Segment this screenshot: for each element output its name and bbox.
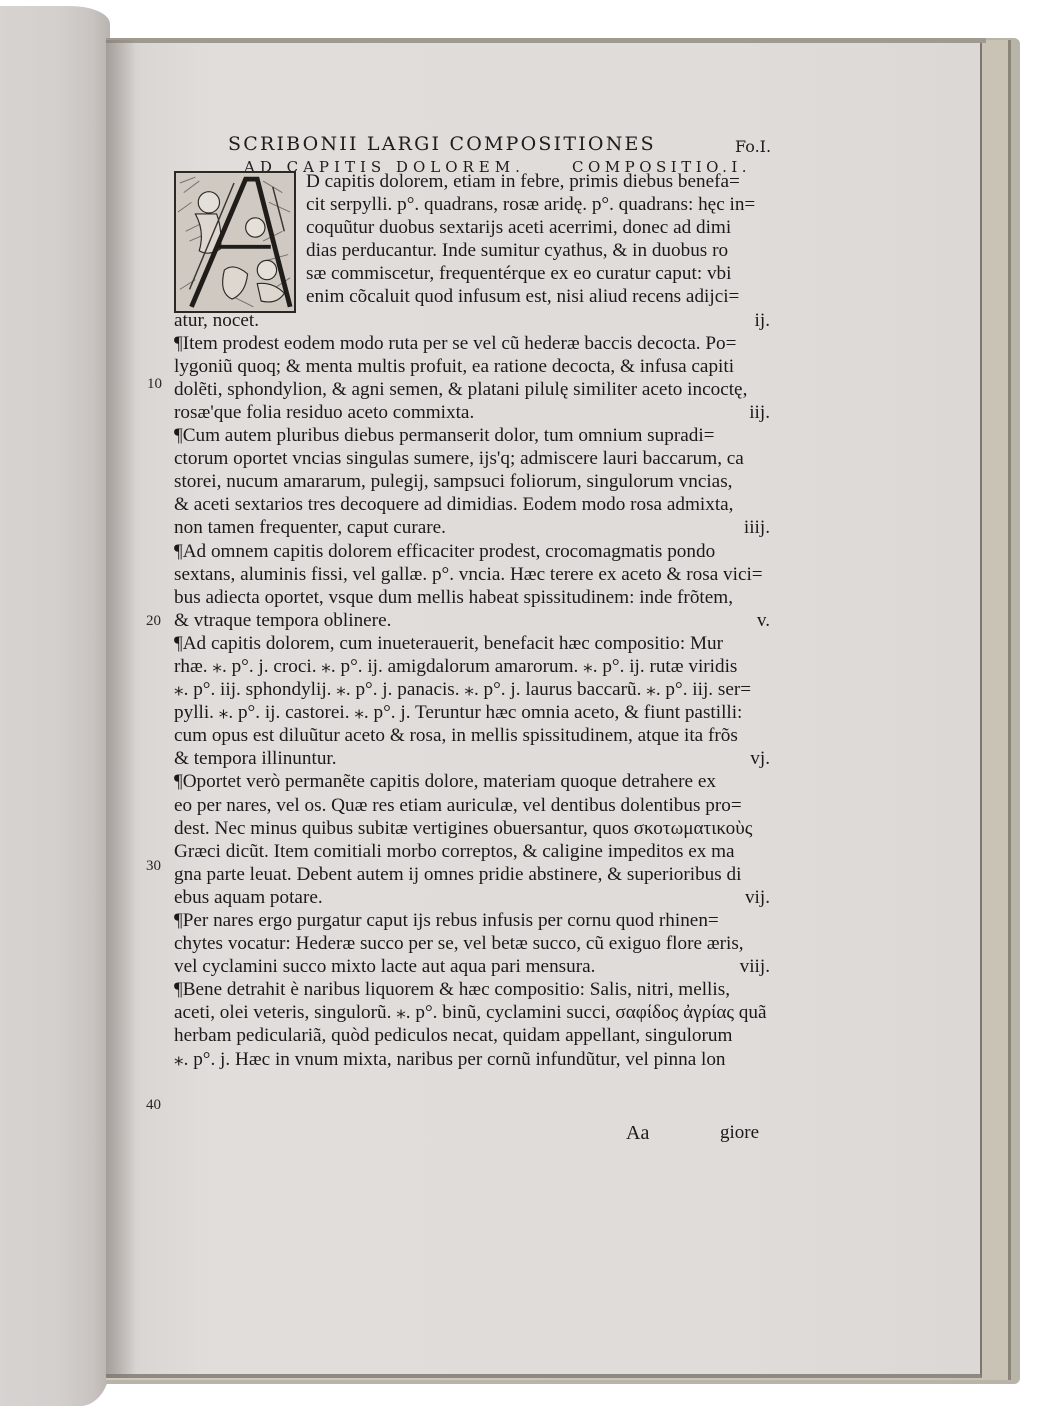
text-line: dolẽti, sphondylion, & agni semen, & pla… bbox=[174, 378, 770, 401]
line-text: ctorum oportet vncias singulas sumere, i… bbox=[174, 448, 744, 469]
text-line: atur, nocet.ij. bbox=[174, 309, 770, 332]
signature-mark: Aa bbox=[626, 1122, 649, 1145]
line-text: & aceti sextarios tres decoquere ad dimi… bbox=[174, 494, 733, 515]
text-line: pylli. ⁎. p°. ij. castorei. ⁎. p°. j. Te… bbox=[174, 701, 770, 724]
line-text: sextans, aluminis fissi, vel gallæ. p°. … bbox=[174, 564, 763, 585]
text-line: ¶Cum autem pluribus diebus permanserit d… bbox=[174, 424, 770, 447]
line-text: coquũtur duobus sextarijs aceti acerrimi… bbox=[306, 217, 731, 238]
text-line: ⁎. p°. iij. sphondylij. ⁎. p°. j. panaci… bbox=[174, 678, 770, 701]
composition-number: iij. bbox=[749, 401, 770, 424]
line-text: aceti, olei veteris, singulorũ. ⁎. p°. b… bbox=[174, 1002, 767, 1023]
line-text: ¶Cum autem pluribus diebus permanserit d… bbox=[174, 425, 714, 446]
text-line: sextans, aluminis fissi, vel gallæ. p°. … bbox=[174, 563, 770, 586]
line-text: dest. Nec minus quibus subitæ vertigines… bbox=[174, 818, 752, 839]
line-text: rosæ'que folia residuo aceto commixta. bbox=[174, 402, 474, 423]
text-line: cit serpylli. p°. quadrans, rosæ aridę. … bbox=[174, 193, 770, 216]
line-text: bus adiecta oportet, vsque dum mellis ha… bbox=[174, 587, 733, 608]
marginal-line-number: 40 bbox=[146, 1097, 161, 1114]
line-text: atur, nocet. bbox=[174, 310, 259, 331]
line-text: dolẽti, sphondylion, & agni semen, & pla… bbox=[174, 379, 747, 400]
line-text: ¶Per nares ergo purgatur caput ijs rebus… bbox=[174, 910, 719, 931]
line-text: pylli. ⁎. p°. ij. castorei. ⁎. p°. j. Te… bbox=[174, 702, 742, 723]
text-line: ¶Bene detrahit è naribus liquorem & hæc … bbox=[174, 978, 770, 1001]
text-line: vel cyclamini succo mixto lacte aut aqua… bbox=[174, 955, 770, 978]
line-text: cit serpylli. p°. quadrans, rosæ aridę. … bbox=[306, 194, 755, 215]
composition-number: iiij. bbox=[744, 516, 770, 539]
text-line: storei, nucum amararum, pulegij, sampsuc… bbox=[174, 470, 770, 493]
line-text: enim cõcaluit quod infusum est, nisi ali… bbox=[306, 286, 739, 307]
text-line: & tempora illinuntur.vj. bbox=[174, 747, 770, 770]
composition-number: ij. bbox=[755, 309, 770, 332]
text-line: enim cõcaluit quod infusum est, nisi ali… bbox=[174, 285, 770, 308]
line-text: gna parte leuat. Debent autem ij omnes p… bbox=[174, 864, 741, 885]
text-line: chytes vocatur: Hederæ succo per se, vel… bbox=[174, 932, 770, 955]
line-text: ¶Item prodest eodem modo ruta per se vel… bbox=[174, 333, 736, 354]
running-head: SCRIBONII LARGI COMPOSITIONES bbox=[228, 133, 788, 155]
text-line: rosæ'que folia residuo aceto commixta.ii… bbox=[174, 401, 770, 424]
text-line: aceti, olei veteris, singulorũ. ⁎. p°. b… bbox=[174, 1001, 770, 1024]
line-text: ⁎. p°. j. Hæc in vnum mixta, naribus per… bbox=[174, 1049, 726, 1070]
text-line: bus adiecta oportet, vsque dum mellis ha… bbox=[174, 586, 770, 609]
text-line: ¶Ad capitis dolorem, cum inueterauerit, … bbox=[174, 632, 770, 655]
text-line: cum opus est diluũtur aceto & rosa, in m… bbox=[174, 724, 770, 747]
text-line: rhæ. ⁎. p°. j. croci. ⁎. p°. ij. amigdal… bbox=[174, 655, 770, 678]
line-text: eo per nares, vel os. Quæ res etiam auri… bbox=[174, 795, 742, 816]
line-text: ¶Bene detrahit è naribus liquorem & hæc … bbox=[174, 979, 730, 1000]
text-line: dias perducantur. Inde sumitur cyathus, … bbox=[174, 239, 770, 262]
marginal-line-number: 30 bbox=[146, 858, 161, 875]
line-text: sæ commiscetur, frequentérque ex eo cura… bbox=[306, 263, 731, 284]
text-line: ¶Per nares ergo purgatur caput ijs rebus… bbox=[174, 909, 770, 932]
text-line: coquũtur duobus sextarijs aceti acerrimi… bbox=[174, 216, 770, 239]
text-line: non tamen frequenter, caput curare.iiij. bbox=[174, 516, 770, 539]
line-text: & tempora illinuntur. bbox=[174, 748, 337, 769]
text-line: gna parte leuat. Debent autem ij omnes p… bbox=[174, 863, 770, 886]
line-text: storei, nucum amararum, pulegij, sampsuc… bbox=[174, 471, 732, 492]
text-line: dest. Nec minus quibus subitæ vertigines… bbox=[174, 817, 770, 840]
marginal-line-number: 10 bbox=[147, 376, 162, 393]
composition-number: vj. bbox=[750, 747, 770, 770]
text-line: eo per nares, vel os. Quæ res etiam auri… bbox=[174, 794, 770, 817]
text-line: D capitis dolorem, etiam in febre, primi… bbox=[174, 170, 770, 193]
body-text: D capitis dolorem, etiam in febre, primi… bbox=[174, 170, 770, 1071]
line-text: ebus aquam potare. bbox=[174, 887, 323, 908]
line-text: lygoniũ quoq; & menta multis profuit, ea… bbox=[174, 356, 734, 377]
text-line: Græci dicũt. Item comitiali morbo correp… bbox=[174, 840, 770, 863]
left-page-curl bbox=[0, 6, 110, 1406]
text-line: sæ commiscetur, frequentérque ex eo cura… bbox=[174, 262, 770, 285]
line-text: ⁎. p°. iij. sphondylij. ⁎. p°. j. panaci… bbox=[174, 679, 751, 700]
text-line: ¶Ad omnem capitis dolorem efficaciter pr… bbox=[174, 540, 770, 563]
composition-number: viij. bbox=[740, 955, 770, 978]
line-text: cum opus est diluũtur aceto & rosa, in m… bbox=[174, 725, 738, 746]
marginal-line-number: 20 bbox=[146, 613, 161, 630]
text-line: herbam pediculariã, quòd pediculos necat… bbox=[174, 1024, 770, 1047]
text-line: ¶Item prodest eodem modo ruta per se vel… bbox=[174, 332, 770, 355]
line-text: ¶Ad omnem capitis dolorem efficaciter pr… bbox=[174, 541, 715, 562]
line-text: ¶Ad capitis dolorem, cum inueterauerit, … bbox=[174, 633, 723, 654]
line-text: chytes vocatur: Hederæ succo per se, vel… bbox=[174, 933, 744, 954]
line-text: rhæ. ⁎. p°. j. croci. ⁎. p°. ij. amigdal… bbox=[174, 656, 737, 677]
line-text: ¶Oportet verò permanẽte capitis dolore, … bbox=[174, 771, 716, 792]
text-line: ctorum oportet vncias singulas sumere, i… bbox=[174, 447, 770, 470]
line-text: D capitis dolorem, etiam in febre, primi… bbox=[306, 171, 740, 192]
composition-number: vij. bbox=[745, 886, 770, 909]
line-text: dias perducantur. Inde sumitur cyathus, … bbox=[306, 240, 728, 261]
page-top-edge bbox=[106, 38, 986, 43]
composition-number: v. bbox=[757, 609, 770, 632]
text-line: ebus aquam potare.vij. bbox=[174, 886, 770, 909]
line-text: Græci dicũt. Item comitiali morbo correp… bbox=[174, 841, 735, 862]
text-line: & aceti sextarios tres decoquere ad dimi… bbox=[174, 493, 770, 516]
text-line: ¶Oportet verò permanẽte capitis dolore, … bbox=[174, 770, 770, 793]
line-text: non tamen frequenter, caput curare. bbox=[174, 517, 446, 538]
line-text: & vtraque tempora oblinere. bbox=[174, 610, 391, 631]
text-line: & vtraque tempora oblinere.v. bbox=[174, 609, 770, 632]
gutter-shadow bbox=[106, 40, 136, 1378]
text-line: lygoniũ quoq; & menta multis profuit, ea… bbox=[174, 355, 770, 378]
catchword: giore bbox=[720, 1122, 759, 1144]
line-text: vel cyclamini succo mixto lacte aut aqua… bbox=[174, 956, 595, 977]
line-text: herbam pediculariã, quòd pediculos necat… bbox=[174, 1025, 732, 1046]
folio-number: Fo.I. bbox=[735, 137, 771, 156]
text-line: ⁎. p°. j. Hæc in vnum mixta, naribus per… bbox=[174, 1048, 770, 1071]
